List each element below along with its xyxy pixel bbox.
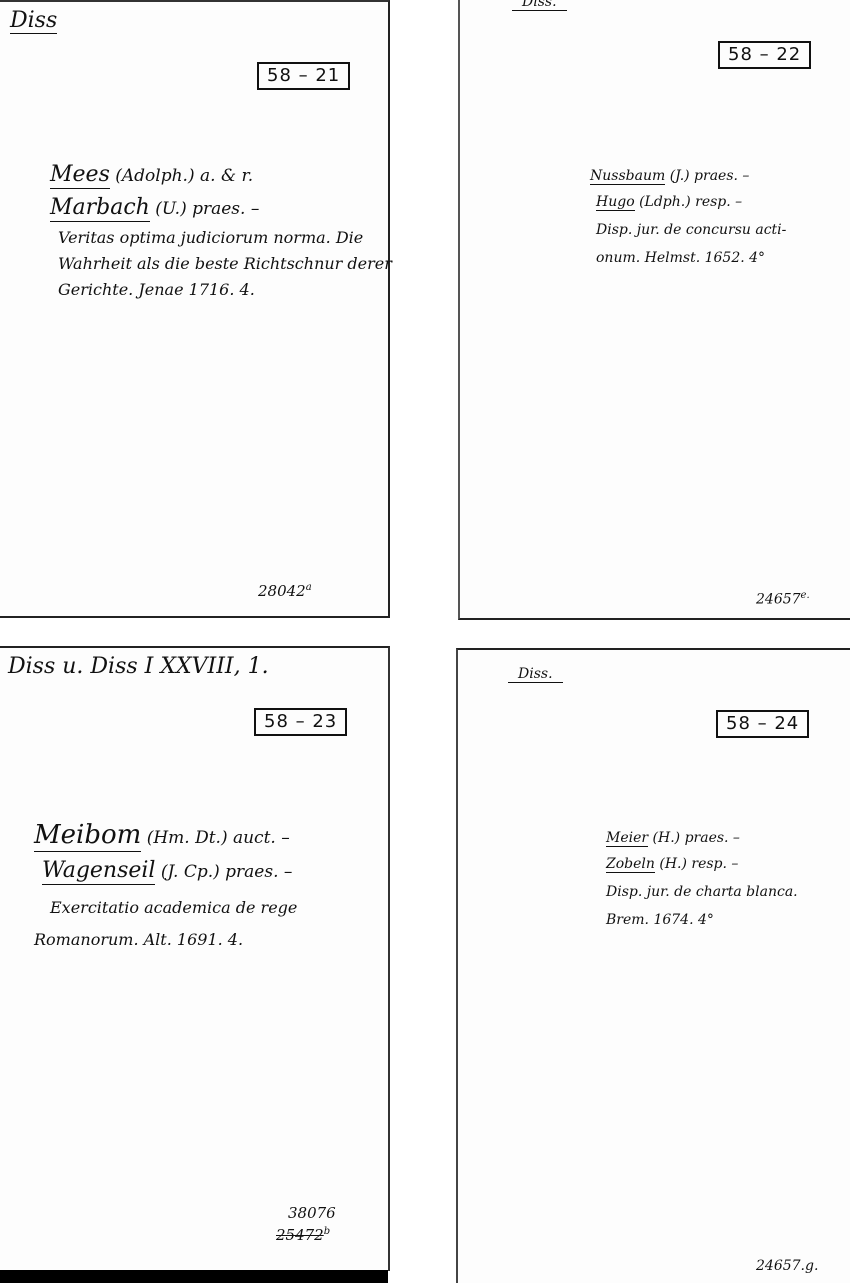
praeses-role: (J.) praes. – xyxy=(670,168,750,184)
accession-value: 28042 xyxy=(258,582,306,600)
scan-edge-bar xyxy=(0,1270,388,1283)
accession-suffix: a xyxy=(306,582,312,593)
category-label: Diss. xyxy=(512,0,567,11)
imprint-line: Brem. 1674. 4° xyxy=(606,912,714,928)
praeses-line: Wagenseil (J. Cp.) praes. – xyxy=(42,858,292,883)
title-line: Disp. jur. de concursu acti- xyxy=(596,222,786,238)
accession-number: 24657.g. xyxy=(756,1258,818,1274)
praeses-role: (U.) praes. – xyxy=(155,199,259,219)
praeses-line: Nussbaum (J.) praes. – xyxy=(590,168,749,184)
praeses-name: Nussbaum xyxy=(590,168,665,185)
catalog-card-58-21: Diss 58 – 21 Mees (Adolph.) a. & r. Marb… xyxy=(0,0,390,618)
call-number: 58 – 21 xyxy=(257,62,350,90)
accession-suffix: g. xyxy=(805,1258,818,1274)
praeses-name: Marbach xyxy=(50,195,150,222)
old-accession-value: 25472 xyxy=(276,1226,324,1244)
praeses-role: (J. Cp.) praes. – xyxy=(161,862,293,882)
respondent-name: Hugo xyxy=(596,194,635,211)
title-line: Disp. jur. de charta blanca. xyxy=(606,884,798,900)
category-label: Diss xyxy=(10,8,57,34)
category-label: Diss. xyxy=(508,666,563,683)
respondent-role: (H.) resp. – xyxy=(659,856,738,872)
author-line: Meibom (Hm. Dt.) auct. – xyxy=(34,820,290,850)
accession-suffix: e. xyxy=(801,590,810,601)
accession-suffix: b xyxy=(324,1226,330,1237)
category-label: Diss u. Diss I XXVIII, 1. xyxy=(8,654,269,679)
call-number: 58 – 23 xyxy=(254,708,347,736)
accession-value: 24657 xyxy=(756,592,801,608)
call-number: 58 – 24 xyxy=(716,710,809,738)
praeses-line: Marbach (U.) praes. – xyxy=(50,195,259,220)
catalog-card-58-23: Diss u. Diss I XXVIII, 1. 58 – 23 Meibom… xyxy=(0,646,390,1271)
respondent-line: Zobeln (H.) resp. – xyxy=(606,856,738,872)
old-accession-number: 25472b xyxy=(276,1226,330,1244)
title-line: Wahrheit als die beste Richtschnur derer xyxy=(58,254,392,273)
praeses-line: Meier (H.) praes. – xyxy=(606,830,740,846)
author-name: Meibom xyxy=(34,820,141,852)
catalog-card-58-22: Diss. 58 – 22 Nussbaum (J.) praes. – Hug… xyxy=(458,0,850,620)
praeses-name: Wagenseil xyxy=(42,858,155,885)
imprint-line: Romanorum. Alt. 1691. 4. xyxy=(34,930,243,949)
accession-number: 28042a xyxy=(258,582,312,600)
praeses-name: Meier xyxy=(606,830,648,847)
accession-value: 24657. xyxy=(756,1258,805,1274)
call-number: 58 – 22 xyxy=(718,41,811,69)
title-line: Exercitatio academica de rege xyxy=(50,898,297,917)
catalog-card-58-24: Diss. 58 – 24 Meier (H.) praes. – Zobeln… xyxy=(456,648,850,1283)
author-role: (Hm. Dt.) auct. – xyxy=(147,828,290,848)
author-name: Mees xyxy=(50,162,110,189)
accession-number: 24657e. xyxy=(756,590,810,608)
respondent-line: Hugo (Ldph.) resp. – xyxy=(596,194,742,210)
respondent-role: (Ldph.) resp. – xyxy=(639,194,742,210)
author-line: Mees (Adolph.) a. & r. xyxy=(50,162,253,187)
respondent-name: Zobeln xyxy=(606,856,655,873)
author-role: (Adolph.) a. & r. xyxy=(115,166,253,186)
imprint-line: Gerichte. Jenae 1716. 4. xyxy=(58,280,255,299)
praeses-role: (H.) praes. – xyxy=(653,830,740,846)
imprint-line: onum. Helmst. 1652. 4° xyxy=(596,250,765,266)
title-line: Veritas optima judiciorum norma. Die xyxy=(58,228,363,247)
accession-number: 38076 xyxy=(288,1204,336,1222)
